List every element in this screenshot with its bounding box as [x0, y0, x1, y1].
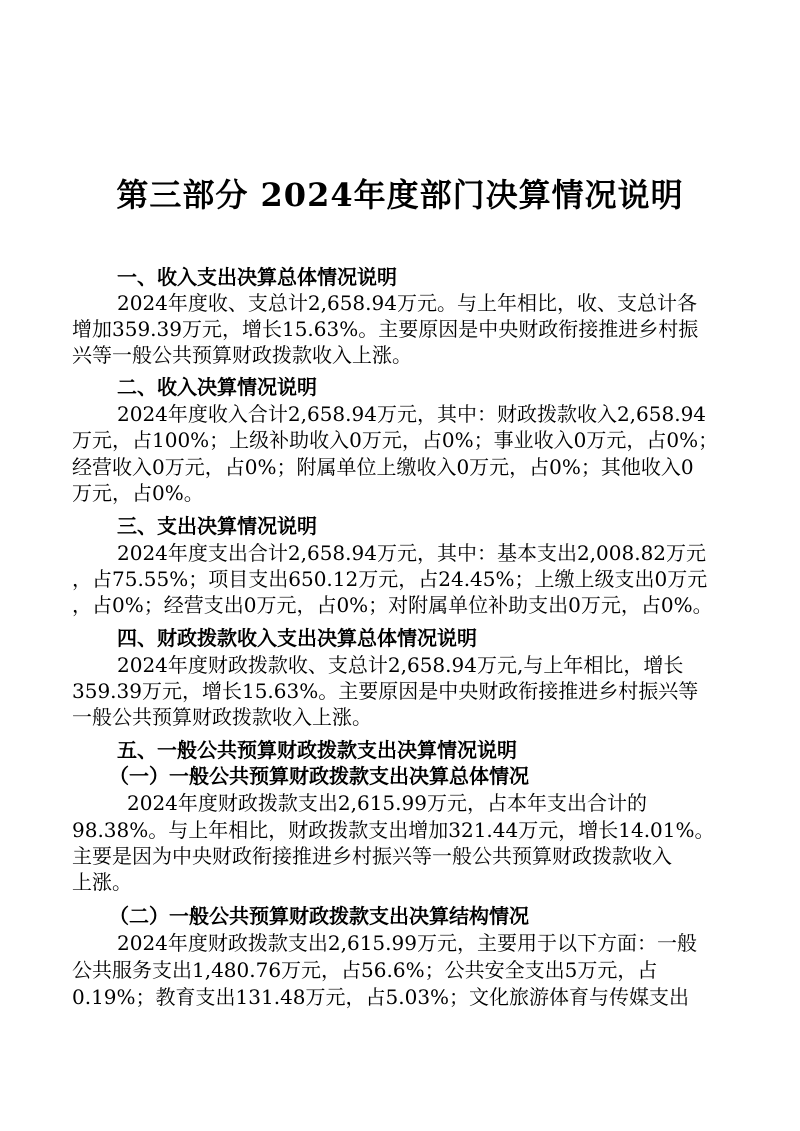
paragraph-line: 增加359.39万元，增长15.63%。主要原因是中央财政衔接推进乡村振 — [72, 316, 698, 342]
paragraph-line: 359.39万元，增长15.63%。主要原因是中央财政衔接推进乡村振兴等 — [72, 678, 698, 704]
paragraph-line: 0.19%；教育支出131.48万元，占5.03%；文化旅游体育与传媒支出 — [72, 984, 689, 1010]
paragraph-line: 兴等一般公共预算财政拨款收入上涨。 — [72, 342, 412, 368]
paragraph-line: 上涨。 — [72, 869, 132, 895]
paragraph-line: 2024年度支出合计2,658.94万元，其中：基本支出2,008.82万元 — [117, 540, 706, 566]
paragraph-line: 2024年度财政拨款收、支总计2,658.94万元,与上年相比，增长 — [117, 652, 683, 678]
section-heading-1: 一、收入支出决算总体情况说明 — [117, 264, 397, 290]
paragraph-line: 万元，占0%。 — [72, 480, 204, 506]
paragraph-line: ，占0%；经营支出0万元，占0%；对附属单位补助支出0万元，占0%。 — [72, 592, 713, 618]
paragraph-line: 一般公共预算财政拨款收入上涨。 — [72, 704, 372, 730]
page-title: 第三部分 2024年度部门决算情况说明 — [0, 170, 800, 216]
section-heading-2: 二、收入决算情况说明 — [117, 374, 317, 400]
paragraph-line: 98.38%。与上年相比，财政拨款支出增加321.44万元，增长14.01%。 — [72, 817, 715, 843]
paragraph-line: 主要是因为中央财政衔接推进乡村振兴等一般公共预算财政拨款收入 — [72, 843, 672, 869]
paragraph-line: 万元，占100%；上级补助收入0万元，占0%；事业收入0万元，占0%； — [72, 427, 718, 453]
paragraph-line: 2024年度收、支总计2,658.94万元。与上年相比，收、支总计各 — [117, 290, 697, 316]
paragraph-line: 2024年度财政拨款支出2,615.99万元，占本年支出合计的 — [127, 790, 647, 816]
section-heading-5: 五、一般公共预算财政拨款支出决算情况说明 — [117, 737, 517, 763]
section-heading-4: 四、财政拨款收入支出决算总体情况说明 — [117, 625, 477, 651]
subsection-heading-2: （二）一般公共预算财政拨款支出决算结构情况 — [109, 903, 529, 929]
section-heading-3: 三、支出决算情况说明 — [117, 513, 317, 539]
paragraph-line: ，占75.55%；项目支出650.12万元，占24.45%；上缴上级支出0万元 — [72, 566, 707, 592]
paragraph-line: 经营收入0万元，占0%；附属单位上缴收入0万元，占0%；其他收入0 — [72, 454, 694, 480]
paragraph-line: 2024年度收入合计2,658.94万元，其中：财政拨款收入2,658.94 — [117, 401, 706, 427]
paragraph-line: 2024年度财政拨款支出2,615.99万元，主要用于以下方面：一般 — [117, 930, 697, 956]
subsection-heading-1: （一）一般公共预算财政拨款支出决算总体情况 — [109, 763, 529, 789]
paragraph-line: 公共服务支出1,480.76万元，占56.6%；公共安全支出5万元，占 — [72, 957, 657, 983]
